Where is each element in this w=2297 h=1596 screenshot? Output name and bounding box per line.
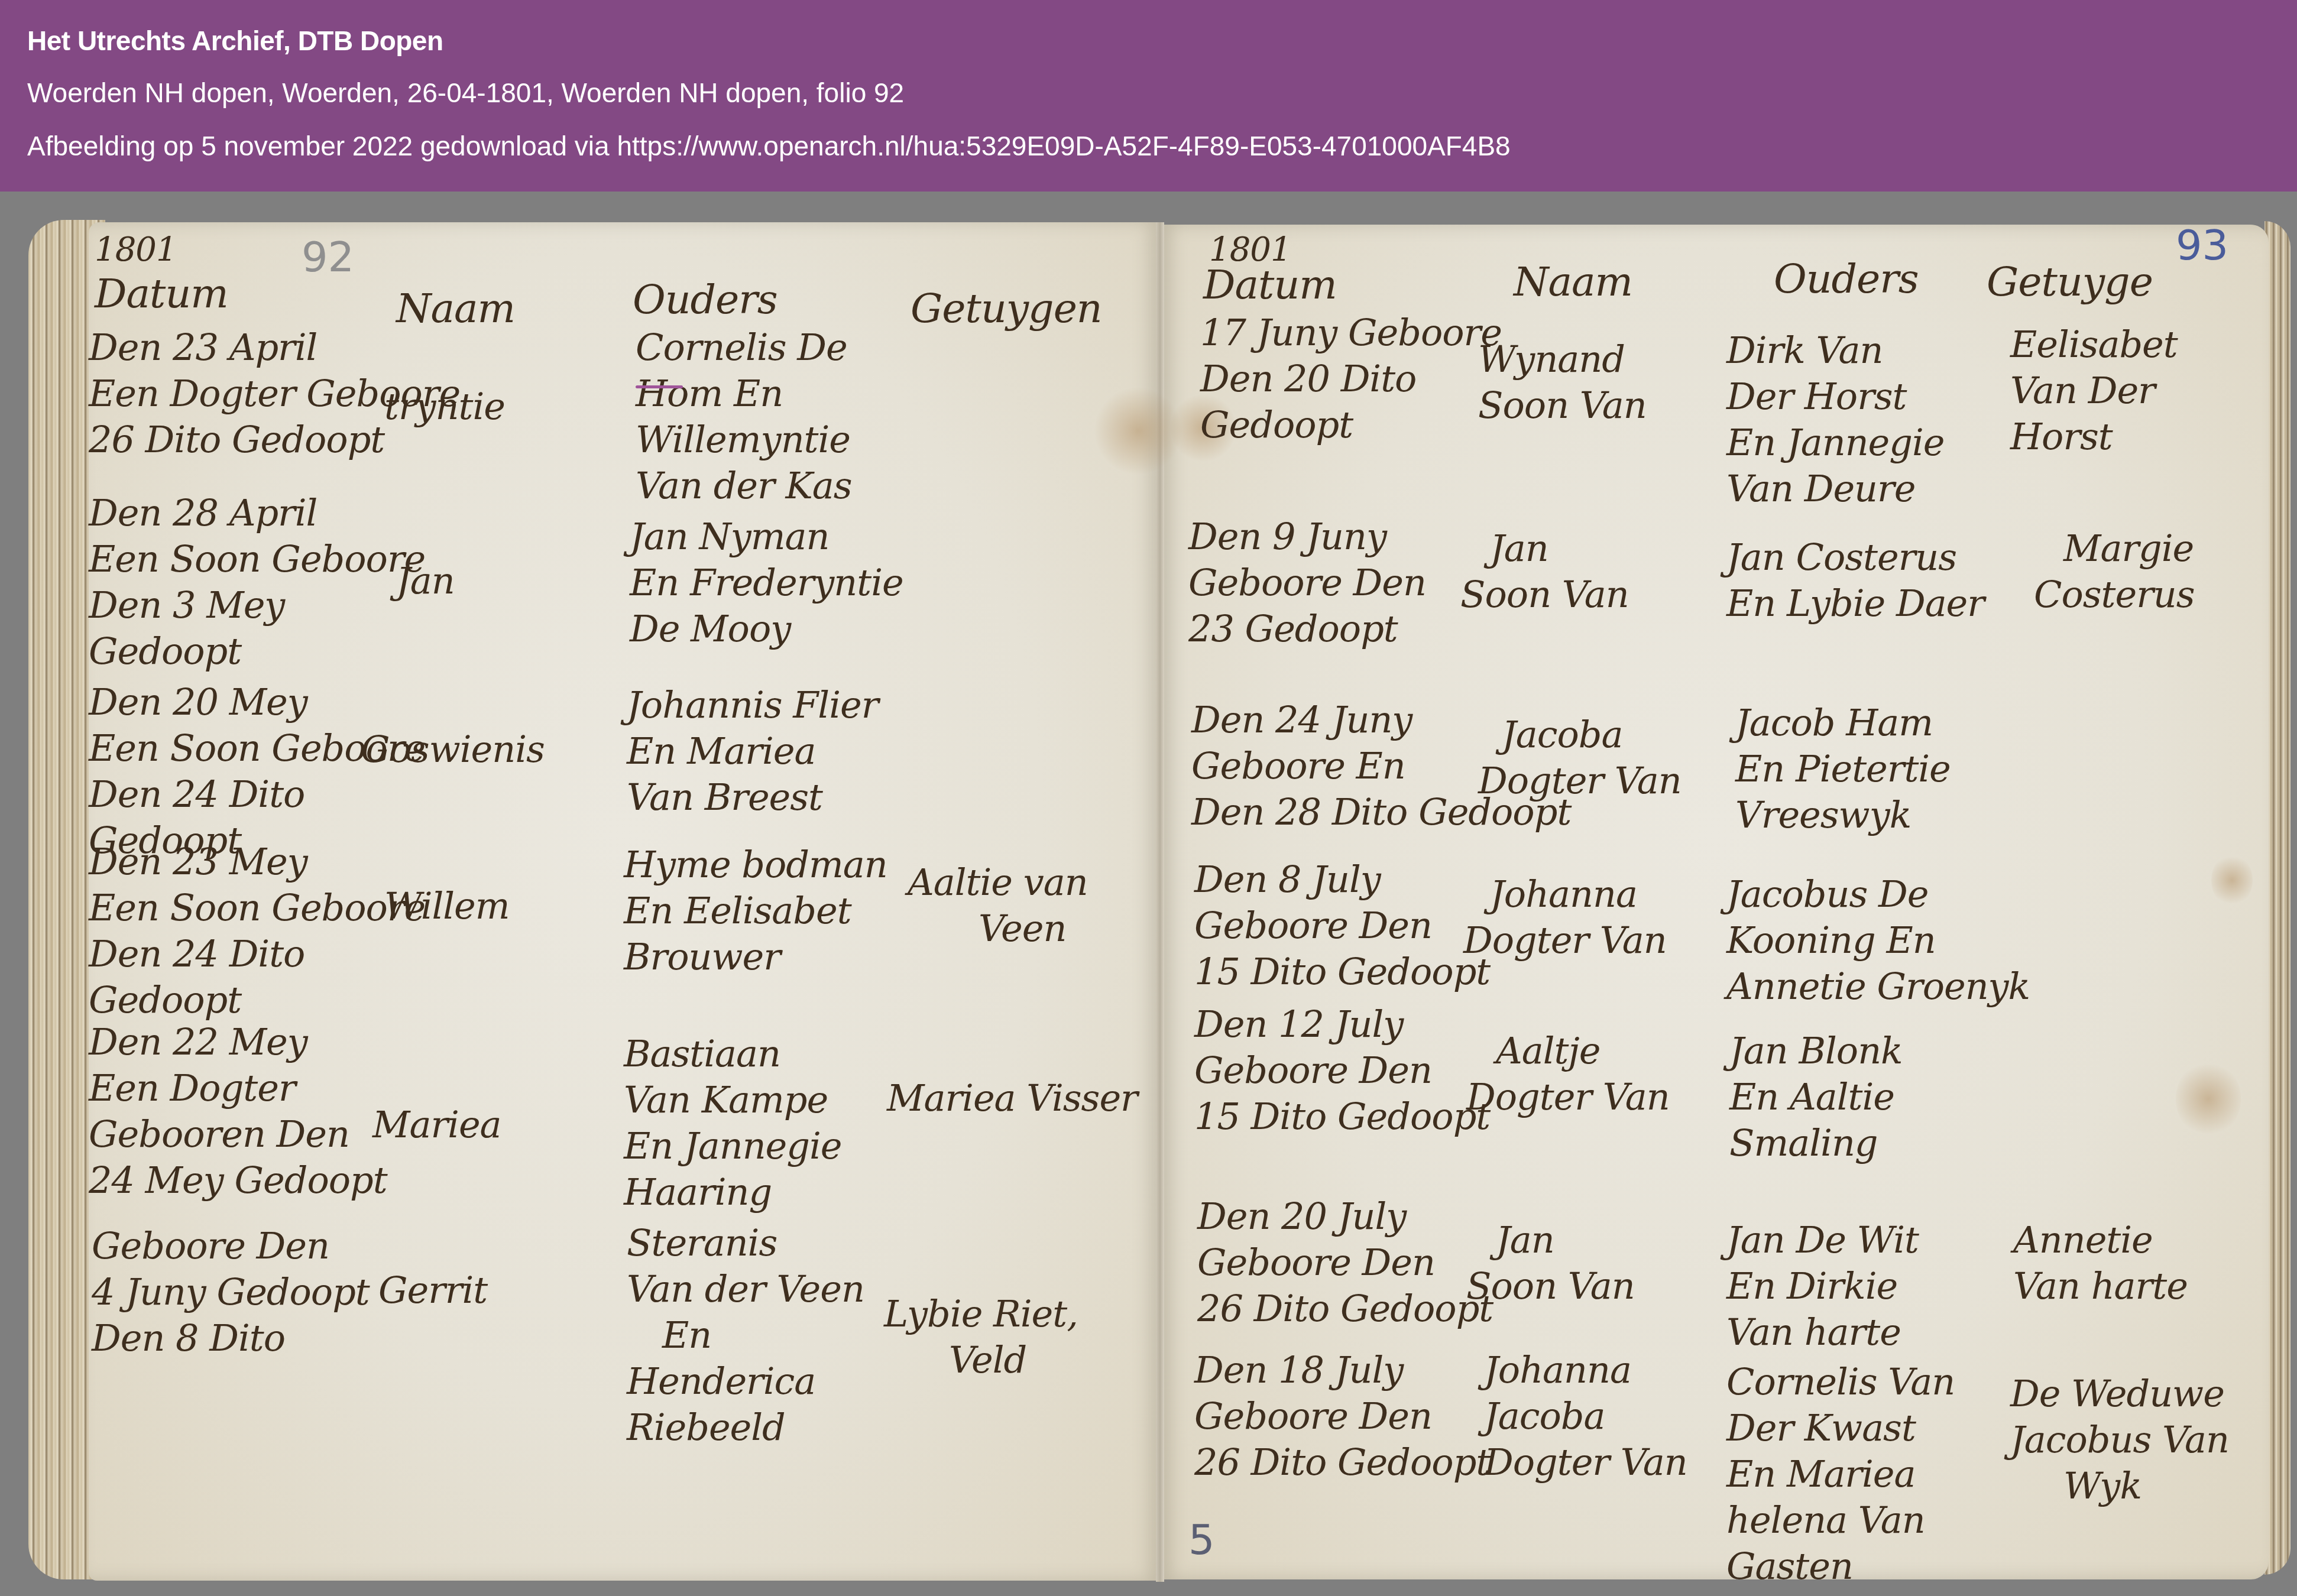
entry-witnesses: Eelisabet Van Der Horst [2010,322,2178,460]
entry-date: Geboore Den 4 Juny Gedoopt Den 8 Dito [92,1223,370,1361]
folio-number-right: 93 [2176,221,2228,270]
entry-name: Johanna Jacoba Dogter Van [1484,1347,1687,1485]
stain [1094,387,1182,475]
entry-parents: Jan De Wit En Dirkie Van harte [1726,1217,1919,1355]
purple-underline-mark [636,385,683,388]
entry-name: tryntie [384,384,505,430]
entry-parents: Jan Blonk En Aaltie Smaling [1729,1028,1903,1166]
entry-parents: Jacob Ham En Pietertie Vreeswyk [1735,700,1951,838]
entry-date: Den 18 July Geboore Den 26 Dito Gedoopt [1194,1347,1490,1485]
entry-parents: Jan Nyman En Frederyntie De Mooy [630,514,903,652]
entry-witnesses: Annetie Van harte [2013,1217,2188,1309]
entry-name: Jacoba Dogter Van [1478,712,1682,804]
entry-name: Jan Soon Van [1466,1217,1635,1309]
stain [2176,1060,2241,1137]
entry-name: Mariea [372,1102,501,1148]
entry-parents: Jan Costerus En Lybie Daer [1726,534,1984,627]
column-header-ouders: Ouders [633,277,777,323]
entry-name: Jan [396,558,455,604]
entry-parents: Dirk Van Der Horst En Jannegie Van Deure [1726,327,1944,512]
entry-parents: Cornelis De Hom En Willemyntie Van der K… [636,325,852,509]
entry-date: Den 12 July Geboore Den 15 Dito Gedoopt [1194,1001,1490,1140]
entry-date: Den 9 Juny Geboore Den 23 Gedoopt [1188,514,1426,652]
entry-witnesses: Lybie Riet, Veld [884,1291,1078,1383]
archive-header-banner: Het Utrechts Archief, DTB Dopen Woerden … [0,0,2297,192]
download-source: Afbeelding op 5 november 2022 gedownload… [27,130,1511,162]
stain [2211,854,2253,907]
entry-date: Den 22 Mey Een Dogter Gebooren Den 24 Me… [89,1019,387,1204]
entry-date: Den 20 July Geboore Den 26 Dito Gedoopt [1197,1193,1493,1332]
folio-number-left: 92 [302,233,354,281]
record-description: Woerden NH dopen, Woerden, 26-04-1801, W… [27,77,904,109]
column-header-getuygen: Getuygen [911,286,1102,332]
entry-date: 17 Juny Geboore Den 20 Dito Gedoopt [1200,310,1502,448]
open-register-book: 1801 92 Datum Naam Ouders Getuygen Den 2… [0,192,2297,1596]
column-header-naam: Naam [1514,259,1632,306]
entry-parents: Bastiaan Van Kampe En Jannegie Haaring [624,1031,841,1215]
entry-name: Jan Soon Van [1460,525,1629,618]
entry-parents: Steranis Van der Veen En Henderica Riebe… [627,1220,864,1451]
entry-witnesses: De Weduwe Jacobus Van Wyk [2010,1371,2229,1509]
entry-parents: Johannis Flier En Mariea Van Breest [627,682,878,820]
entry-name: Gerrit [378,1267,487,1313]
entry-name: Willem [384,883,510,929]
column-header-datum: Datum [1203,262,1337,309]
entry-name: Johanna Dogter Van [1463,871,1667,964]
entry-date: Den 23 Mey Een Soon Geboore Den 24 Dito … [89,839,425,1023]
entry-parents: Jacobus De Kooning En Annetie Groenyk [1726,871,2030,1010]
column-header-datum: Datum [95,271,228,317]
entry-witnesses: Mariea Visser [887,1075,1138,1121]
entry-name: Goswienis [361,726,545,773]
entry-witnesses: Aaltie van Veen [908,859,1088,952]
entry-witnesses: Margie Costerus [2034,525,2195,618]
entry-name: Aaltje Dogter Van [1466,1028,1670,1120]
entry-parents: Hyme bodman En Eelisabet Brouwer [624,842,887,980]
column-header-ouders: Ouders [1774,257,1919,303]
archive-title: Het Utrechts Archief, DTB Dopen [27,25,443,57]
entry-date: Den 8 July Geboore Den 15 Dito Gedoopt [1194,857,1490,995]
bottom-pencil-mark: 5 [1188,1516,1215,1564]
column-header-getuyge: Getuyge [1987,259,2153,306]
entry-name: Wynand Soon Van [1478,336,1647,429]
entry-date: Den 28 April Een Soon Geboore Den 3 Mey … [89,490,425,674]
year-label-left: 1801 [95,227,177,273]
entry-parents: Cornelis Van Der Kwast En Mariea helena … [1726,1359,1955,1589]
